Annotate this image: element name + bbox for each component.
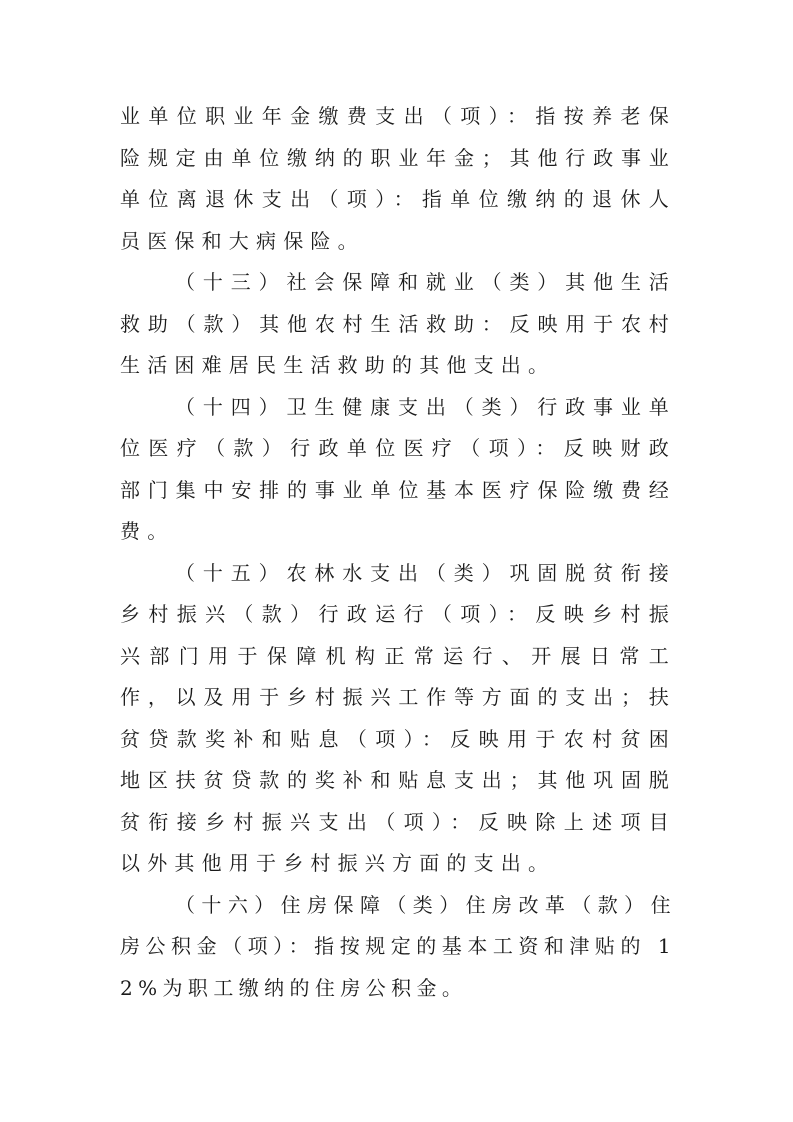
paragraph-item-16: （十六）住房保障（类）住房改革（款）住房公积金（项）：指按规定的基本工资和津贴的… [120,885,676,1010]
paragraph-item-13: （十三）社会保障和就业（类）其他生活救助（款）其他农村生活救助：反映用于农村生活… [120,262,676,387]
paragraph-continuation: 业单位职业年金缴费支出（项）：指按养老保险规定由单位缴纳的职业年金；其他行政事业… [120,96,676,262]
paragraph-item-15: （十五）农林水支出（类）巩固脱贫衔接乡村振兴（款）行政运行（项）：反映乡村振兴部… [120,553,676,885]
paragraph-item-14: （十四）卫生健康支出（类）行政事业单位医疗（款）行政单位医疗（项）：反映财政部门… [120,387,676,553]
document-page: 业单位职业年金缴费支出（项）：指按养老保险规定由单位缴纳的职业年金；其他行政事业… [120,96,676,1009]
